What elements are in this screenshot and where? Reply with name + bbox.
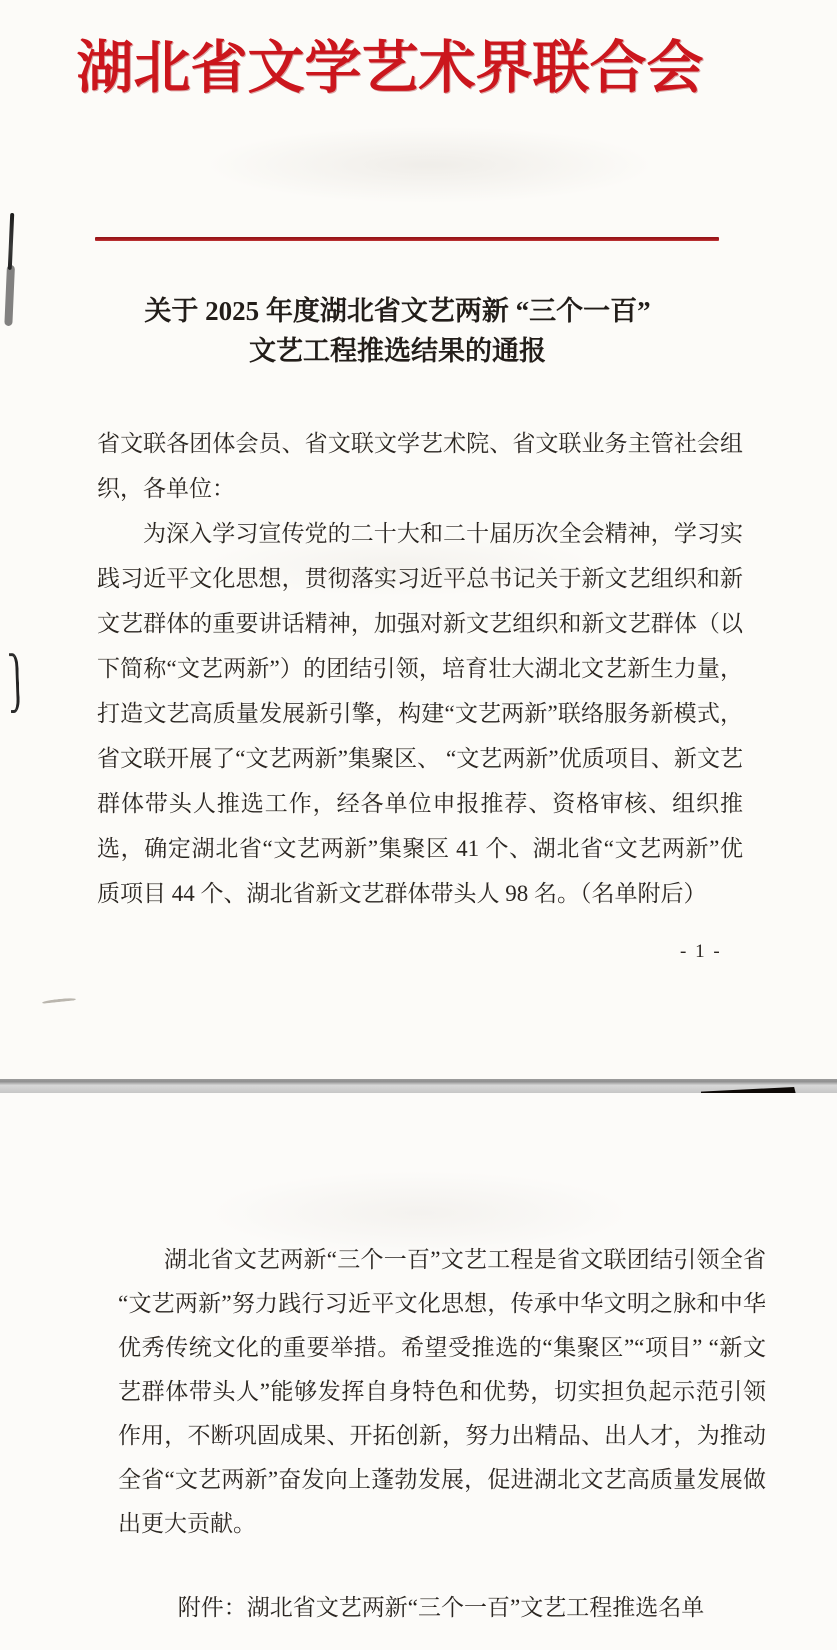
staple-mark-icon	[8, 213, 14, 270]
page-number: - 1 -	[680, 941, 722, 963]
page1-body: 省文联各团体会员、省文联文学艺术院、省文联业务主管社会组织，各单位： 为深入学习…	[97, 421, 743, 916]
document-title-line-1: 关于 2025 年度湖北省文艺两新 “三个一百”	[75, 291, 720, 331]
letterhead-org-name: 湖北省文学艺术界联合会	[68, 28, 712, 110]
page-break-seam	[0, 1079, 837, 1093]
document-page-1: 湖北省文学艺术界联合会 关于 2025 年度湖北省文艺两新 “三个一百” 文艺工…	[0, 0, 837, 1081]
document-title-line-2: 文艺工程推选结果的通报	[75, 331, 720, 371]
document-title: 关于 2025 年度湖北省文艺两新 “三个一百” 文艺工程推选结果的通报	[75, 291, 720, 371]
staple-mark-icon	[9, 653, 20, 713]
scanned-document: 湖北省文学艺术界联合会 关于 2025 年度湖北省文艺两新 “三个一百” 文艺工…	[0, 0, 837, 1650]
letterhead-divider-rule	[95, 237, 719, 241]
scan-smudge	[42, 997, 76, 1005]
page2-paragraph: 湖北省文艺两新“三个一百”文艺工程是省文联团结引领全省“文艺两新”努力践行习近平…	[118, 1238, 766, 1546]
salutation-line: 省文联各团体会员、省文联文学艺术院、省文联业务主管社会组织，各单位：	[97, 421, 743, 511]
page1-paragraph: 为深入学习宣传党的二十大和二十届历次全会精神，学习实践习近平文化思想，贯彻落实习…	[97, 511, 743, 916]
page2-body: 湖北省文艺两新“三个一百”文艺工程是省文联团结引领全省“文艺两新”努力践行习近平…	[118, 1238, 766, 1546]
attachment-note: 附件：湖北省文艺两新“三个一百”文艺工程推选名单	[118, 1590, 766, 1626]
document-page-2: 湖北省文艺两新“三个一百”文艺工程是省文联团结引领全省“文艺两新”努力践行习近平…	[0, 1093, 837, 1650]
